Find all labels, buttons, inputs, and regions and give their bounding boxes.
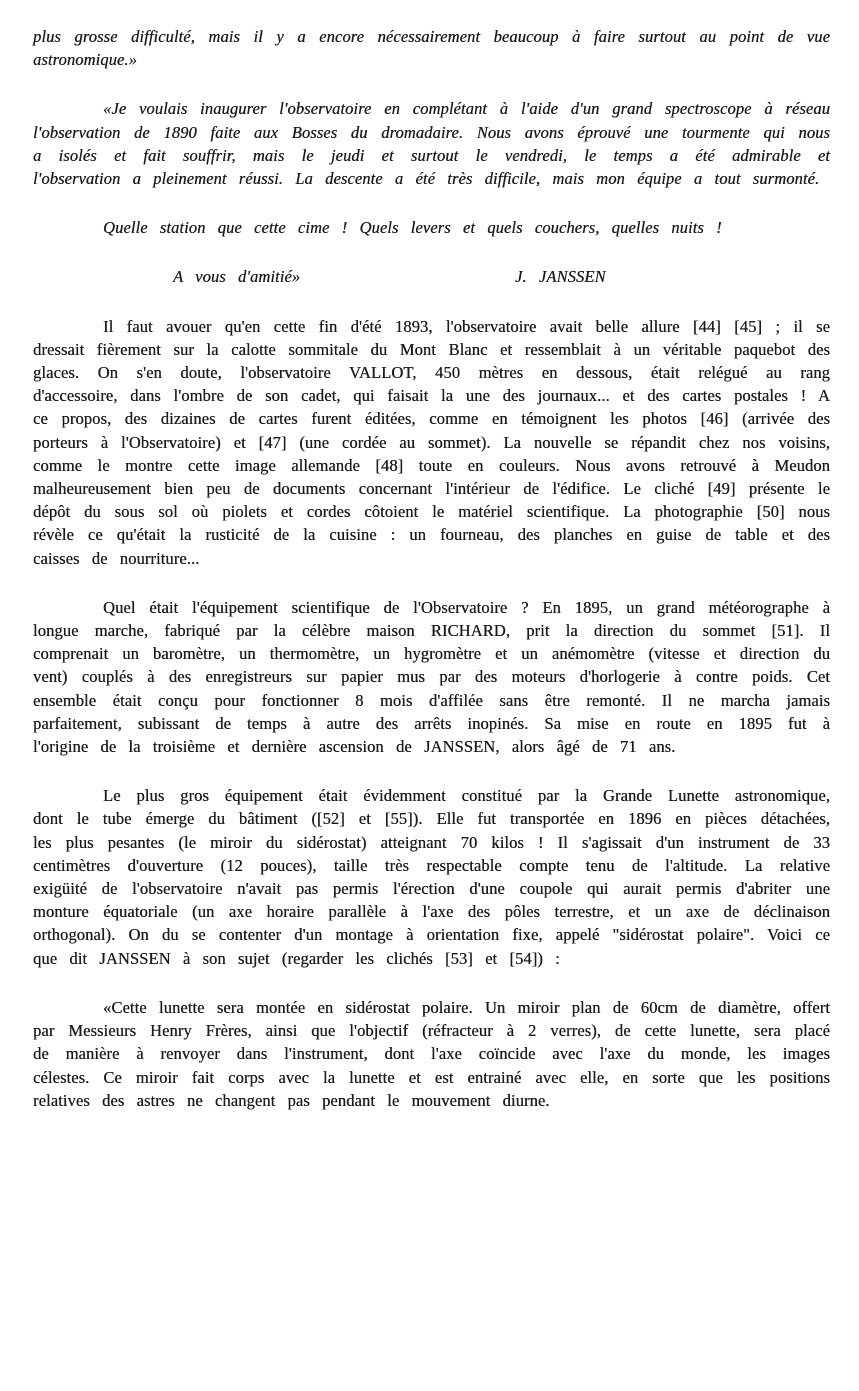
body-paragraph-grande-lunette: Le plus gros équipement était évidemment…	[33, 784, 830, 970]
letter-paragraph-exclamation: Quelle station que cette cime ! Quels le…	[33, 216, 830, 239]
body-paragraph-observatory-1893: Il faut avouer qu'en cette fin d'été 189…	[33, 315, 830, 570]
letter-paragraph-continuation: plus grosse difficulté, mais il y a enco…	[33, 25, 830, 71]
letter-paragraph-inauguration: «Je voulais inaugurer l'observatoire en …	[33, 97, 830, 190]
document-page: plus grosse difficulté, mais il y a enco…	[0, 0, 859, 1391]
body-paragraph-scientific-equipment: Quel était l'équipement scientifique de …	[33, 596, 830, 758]
signature-name: J. JANSSEN	[445, 265, 606, 288]
signature-closing: A vous d'amitié»	[173, 267, 300, 286]
body-paragraph-janssen-quote: «Cette lunette sera montée en sidérostat…	[33, 996, 830, 1112]
signature-line: A vous d'amitié» J. JANSSEN	[33, 265, 830, 288]
